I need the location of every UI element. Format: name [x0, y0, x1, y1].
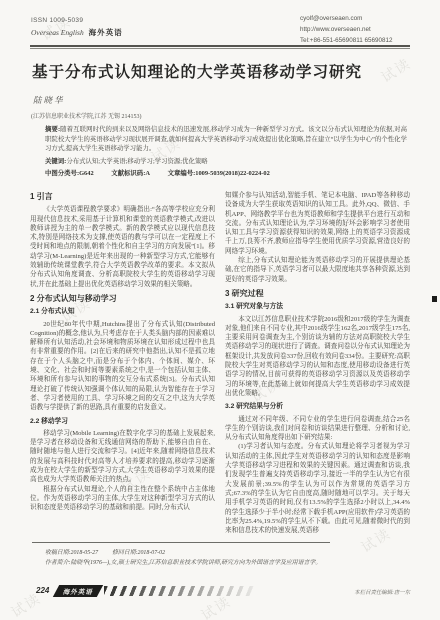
author-bio-text: 陆晓华(1976—),女,硕士研究生,江苏信息职业技术学院讲师,研究方向为外国语…	[71, 560, 322, 566]
journal-masthead: ISSN 1009-5039 Overseas English 海外英语	[31, 17, 123, 38]
header-divider	[30, 45, 410, 49]
journal-name: Overseas English 海外英语	[31, 27, 123, 38]
clc-number: 中图分类号:G642	[45, 170, 94, 177]
article-id: 文章编号:1009-5039(2018)22-0224-02	[168, 170, 270, 177]
print-registration-mark	[432, 296, 437, 302]
body-paragraph: 本文以江苏信息职业技术学院2016级和2017级的学生为调查对象,他们来自不同专…	[225, 315, 410, 399]
received-date: 收稿日期:2018-05-27	[45, 550, 98, 556]
keywords-line: 关键词:分布式认知;大学英语;移动学习;学习资源;优化策略	[45, 157, 407, 167]
contact-website: http://www.overseaen.net	[300, 24, 393, 35]
subsection-heading-2-1: 2.1 分布式认知	[30, 307, 215, 316]
article-title: 基于分布式认知理论的大学英语移动学习研究	[32, 60, 422, 82]
journal-footer-banner: 海外英语	[56, 585, 254, 597]
abstract-label: 摘要:	[45, 126, 60, 133]
subsection-heading-2-2: 2.2 移动学习	[30, 417, 215, 426]
right-column: 知媒介参与认知活动,智能手机、笔记本电脑、IPAD等各种移动设备成为大学生获取英…	[225, 191, 410, 535]
revised-date: 修回日期:2018-07-02	[112, 550, 165, 556]
page-number: 224	[36, 586, 49, 595]
subsection-heading-3-1: 3.1 研究对象与方法	[225, 302, 410, 311]
footer-stripes-decoration	[104, 586, 254, 596]
stripes-fade	[104, 586, 254, 596]
abstract-block: 摘要:随着互联网时代的到来以及网络信息技术的迅速发展,移动学习成为一种新型学习方…	[45, 125, 407, 179]
author-name: 陆晓华	[33, 94, 65, 106]
body-paragraph: 知媒介参与认知活动,智能手机、笔记本电脑、IPAD等各种移动设备成为大学生获取英…	[225, 191, 410, 256]
journal-page: 试读 试读 试读 试读 试读 试读 试读 试读 试读 试读 ISSN 1009-…	[0, 0, 440, 620]
abstract-text: 随着互联网时代的到来以及网络信息技术的迅速发展,移动学习成为一种新型学习方式。该…	[45, 126, 407, 152]
body-paragraph: 移动学习(Mobile Learning)在数字化学习的基础上发展起来,是学习者…	[30, 429, 215, 485]
article-body: 1 引言 《大学英语课程教学要求》明确指出:“各高等学校应充分利用现代信息技术,…	[30, 191, 410, 535]
contact-email: cyolf@overseaen.com	[300, 13, 393, 24]
footnote-block: 收稿日期:2018-05-27修回日期:2018-07-02 作者简介:陆晓华(…	[45, 548, 415, 568]
journal-name-english: Overseas English	[31, 28, 84, 37]
journal-contact-block: cyolf@overseaen.com http://www.overseaen…	[300, 13, 393, 46]
issn-number: ISSN 1009-5039	[31, 17, 123, 24]
footnote-divider	[32, 542, 330, 543]
manuscript-dates-line: 收稿日期:2018-05-27修回日期:2018-07-02	[45, 548, 415, 558]
page-footer: 224 海外英语 本栏目责任编辑:唐一东	[30, 584, 410, 598]
section-heading-research-process: 3 研究过程	[225, 289, 410, 298]
subsection-heading-3-2: 3.2 研究结果与分析	[225, 402, 410, 411]
keywords-text: 分布式认知;大学英语;移动学习;学习资源;优化策略	[66, 158, 207, 165]
body-paragraph: 20世纪80年代中期,Hutchins提出了分布式认知(Distributed …	[30, 320, 215, 413]
keywords-label: 关键词:	[45, 158, 66, 165]
classification-line: 中图分类号:G642 文献标识码:A 文章编号:1009-5039(2018)2…	[45, 169, 407, 179]
body-paragraph: 根据分布式认知理论,个人的自主性在整个系统中占主体地位。作为英语移动学习的主体,…	[30, 485, 215, 513]
left-column: 1 引言 《大学英语课程教学要求》明确指出:“各高等学校应充分利用现代信息技术,…	[30, 191, 215, 535]
abstract-paragraph: 摘要:随着互联网时代的到来以及网络信息技术的迅速发展,移动学习成为一种新型学习方…	[45, 125, 407, 154]
author-affiliation: (江苏信息职业技术学院,江苏 无锡 214153)	[31, 111, 142, 120]
section-heading-distributed-cognition: 2 分布式认知与移动学习	[30, 294, 215, 303]
section-heading-introduction: 1 引言	[30, 192, 215, 201]
body-paragraph: 通过对不同年级、不同专业的学生进行问卷调查,结合25名学生的个别访谈,我们对问卷…	[225, 415, 410, 443]
journal-name-chinese: 海外英语	[89, 28, 123, 37]
body-paragraph: 《大学英语课程教学要求》明确指出:“各高等学校应充分利用现代信息技术,采用基于计…	[30, 205, 215, 289]
document-code: 文献标识码:A	[111, 170, 150, 177]
body-paragraph: (1)学习者认知与态度。分布式认知理论将学习者视为学习认知活动的主体,因此学生对…	[225, 442, 410, 535]
author-bio-label: 作者简介:	[45, 560, 71, 566]
journal-logo: 海外英语	[53, 585, 103, 597]
journal-logo-text: 海外英语	[63, 587, 93, 596]
column-editor-note: 本栏目责任编辑:唐一东	[354, 588, 410, 596]
author-bio-line: 作者简介:陆晓华(1976—),女,硕士研究生,江苏信息职业技术学院讲师,研究方…	[45, 558, 415, 568]
body-paragraph: 综上,分布式认知理论能为英语移动学习的开展提供理论基础,在它的指导下,英语学习者…	[225, 256, 410, 284]
